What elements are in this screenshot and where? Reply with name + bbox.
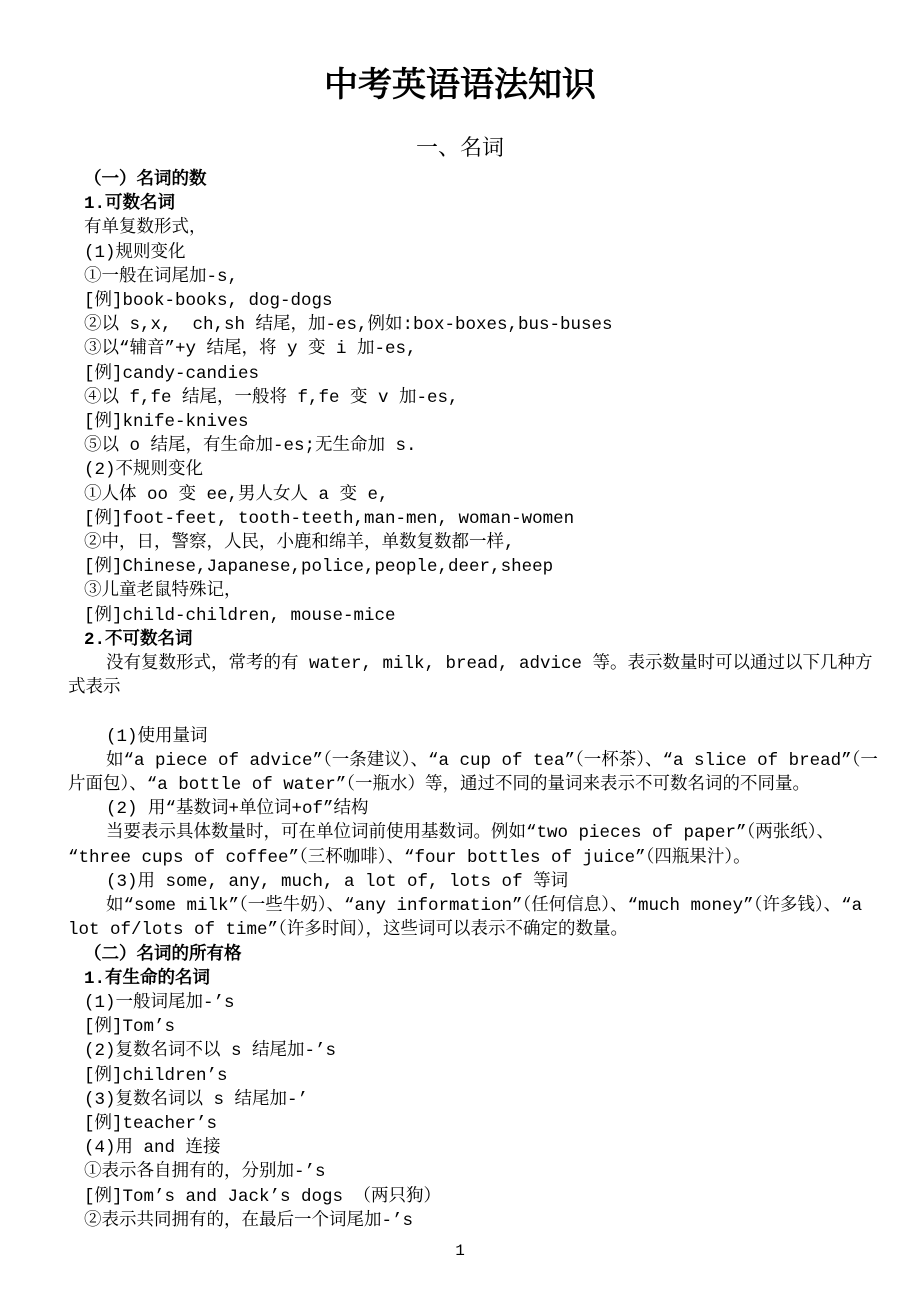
text-line: [例]Tom’s (68, 1015, 854, 1039)
page-number: 1 (0, 1240, 920, 1262)
text-line: ①人体 oo 变 ee,男人女人 a 变 e, (68, 483, 854, 507)
text-line: (1)使用量词 (68, 725, 854, 749)
section-heading: 一、名词 (0, 133, 920, 163)
text-line: （一）名词的数 (68, 168, 854, 192)
text-line: (2) 用“基数词+单位词+of”结构 (68, 797, 854, 821)
text-line: (2)不规则变化 (68, 458, 854, 482)
text-line: (3)用 some, any, much, a lot of, lots of … (68, 870, 854, 894)
text-line: lot of/lots of time”（许多时间），这些词可以表示不确定的数量… (68, 918, 854, 942)
text-line: (4)用 and 连接 (68, 1136, 854, 1160)
text-line: 如“some milk”（一些牛奶）、“any information”（任何信… (68, 894, 854, 918)
text-line: [例]Tom’s and Jack’s dogs （两只狗） (68, 1185, 854, 1209)
text-line: 有单复数形式， (68, 216, 854, 240)
text-line: [例]teacher’s (68, 1112, 854, 1136)
text-line: ③以“辅音”+y 结尾，将 y 变 i 加-es, (68, 337, 854, 361)
document-body: （一）名词的数1.可数名词有单复数形式，(1)规则变化①一般在词尾加-s,[例]… (68, 168, 854, 1233)
text-line: [例]knife-knives (68, 410, 854, 434)
text-line: [例]children’s (68, 1064, 854, 1088)
text-line: [例]Chinese,Japanese,police,people,deer,s… (68, 555, 854, 579)
text-line: [例]book-books, dog-dogs (68, 289, 854, 313)
text-line: ②中，日，警察，人民，小鹿和绵羊，单数复数都一样, (68, 531, 854, 555)
text-line: ④以 f,fe 结尾，一般将 f,fe 变 v 加-es, (68, 386, 854, 410)
text-line: 1.可数名词 (68, 192, 854, 216)
text-line: ①一般在词尾加-s, (68, 265, 854, 289)
text-line: ③儿童老鼠特殊记， (68, 579, 854, 603)
text-line: （二）名词的所有格 (68, 943, 854, 967)
text-line: 2.不可数名词 (68, 628, 854, 652)
text-line: [例]candy-candies (68, 362, 854, 386)
text-line: 没有复数形式，常考的有 water, milk, bread, advice 等… (68, 652, 854, 676)
text-line: ②表示共同拥有的，在最后一个词尾加-’s (68, 1209, 854, 1233)
text-line: “three cups of coffee”（三杯咖啡）、“four bottl… (68, 846, 854, 870)
text-line: (3)复数名词以 s 结尾加-’ (68, 1088, 854, 1112)
blank-line (68, 700, 854, 724)
text-line: (2)复数名词不以 s 结尾加-’s (68, 1039, 854, 1063)
text-line: [例]foot-feet, tooth-teeth,man-men, woman… (68, 507, 854, 531)
text-line: 当要表示具体数量时，可在单位词前使用基数词。例如“two pieces of p… (68, 821, 854, 845)
text-line: ⑤以 o 结尾，有生命加-es;无生命加 s. (68, 434, 854, 458)
text-line: (1)规则变化 (68, 241, 854, 265)
text-line: ①表示各自拥有的，分别加-’s (68, 1160, 854, 1184)
document-title: 中考英语语法知识 (0, 0, 920, 109)
text-line: 1.有生命的名词 (68, 967, 854, 991)
text-line: [例]child-children, mouse-mice (68, 604, 854, 628)
document-page: 中考英语语法知识 一、名词 （一）名词的数1.可数名词有单复数形式，(1)规则变… (0, 0, 920, 1302)
text-line: 片面包）、“a bottle of water”（一瓶水）等，通过不同的量词来表… (68, 773, 854, 797)
text-line: (1)一般词尾加-’s (68, 991, 854, 1015)
text-line: 如“a piece of advice”（一条建议）、“a cup of tea… (68, 749, 854, 773)
text-line: 式表示 (68, 676, 854, 700)
text-line: ②以 s,x, ch,sh 结尾，加-es,例如:box-boxes,bus-b… (68, 313, 854, 337)
